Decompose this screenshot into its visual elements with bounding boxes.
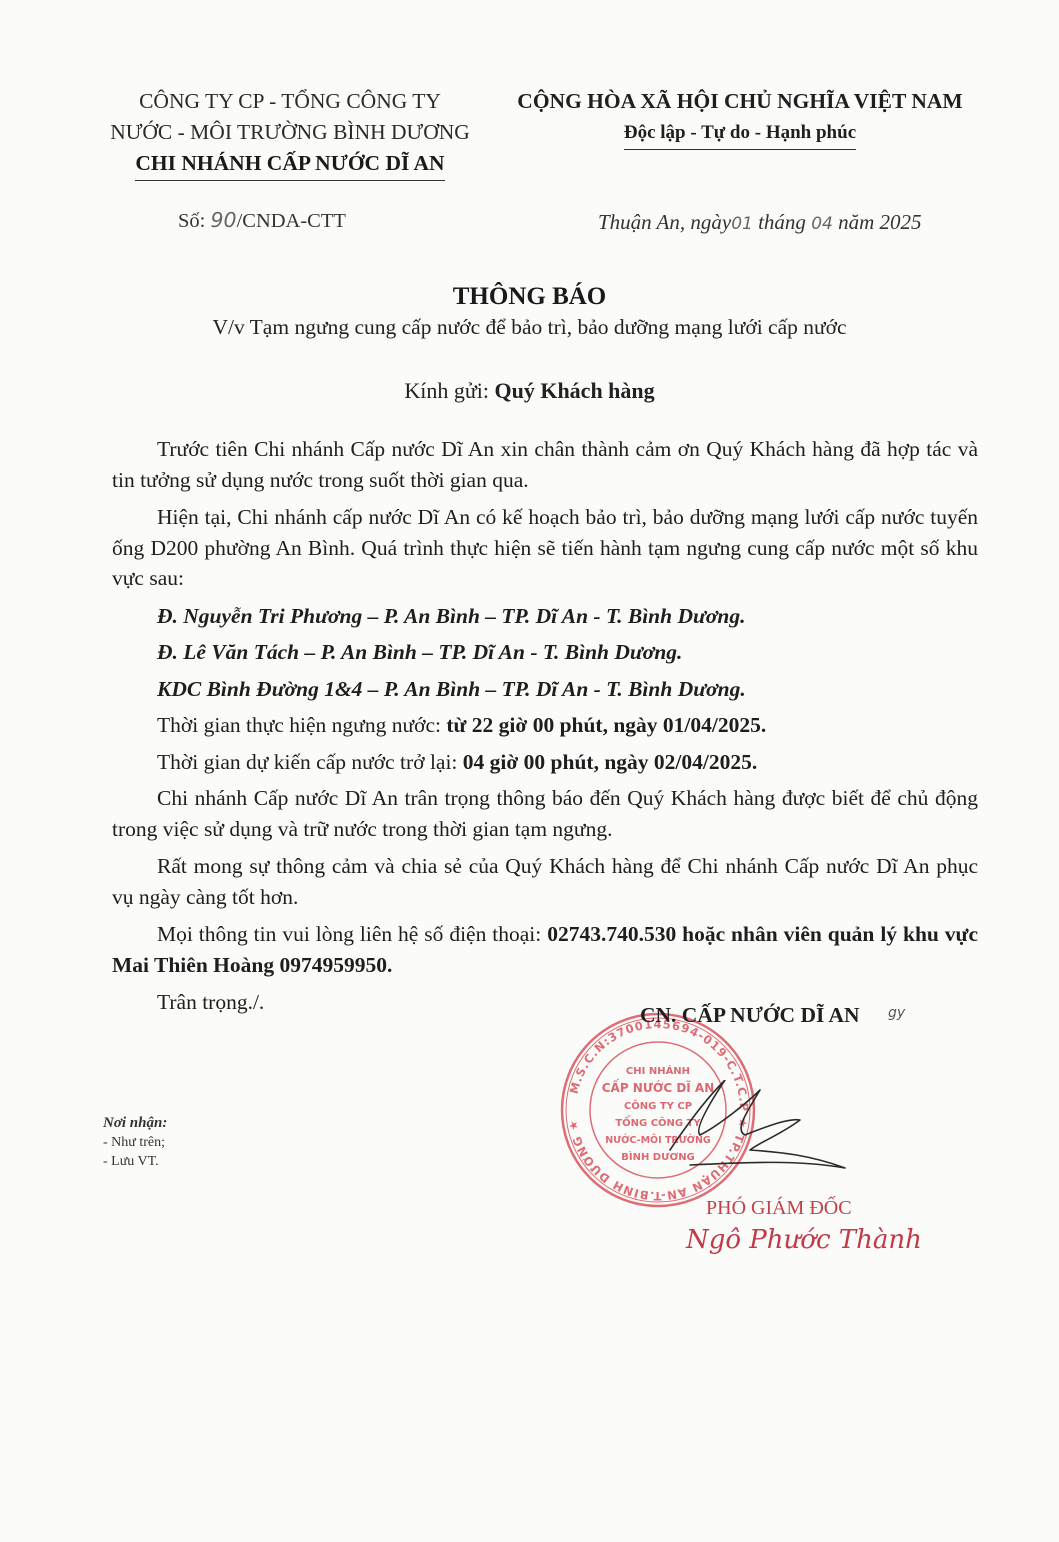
signing-organization: CN. CẤP NƯỚC DĨ AN <box>640 1003 860 1028</box>
paragraph-thanks: Trước tiên Chi nhánh Cấp nước Dĩ An xin … <box>112 434 978 495</box>
affected-area: Đ. Lê Văn Tách – P. An Bình – TP. Dĩ An … <box>112 637 978 668</box>
paragraph-contact: Mọi thông tin vui lòng liên hệ số điện t… <box>112 919 978 980</box>
recipient-item: - Như trên; <box>103 1133 167 1152</box>
stop-time-line: Thời gian thực hiện ngưng nước: từ 22 gi… <box>112 710 978 741</box>
handwritten-day: 01 <box>731 214 753 234</box>
affected-area: KDC Bình Đường 1&4 – P. An Bình – TP. Dĩ… <box>112 674 978 705</box>
national-motto-header: CỘNG HÒA XÃ HỘI CHỦ NGHĨA VIỆT NAM Độc l… <box>490 86 990 150</box>
paragraph-notice: Chi nhánh Cấp nước Dĩ An trân trọng thôn… <box>112 783 978 844</box>
place-date: Thuận An, ngày01 tháng 04 năm 2025 <box>598 210 922 235</box>
national-motto: Độc lập - Tự do - Hạnh phúc <box>624 117 856 150</box>
stop-time: từ 22 giờ 00 phút, ngày 01/04/2025. <box>446 713 766 737</box>
issuer-parent-line1: CÔNG TY CP - TỔNG CÔNG TY <box>70 86 510 117</box>
greeting-recipient: Quý Khách hàng <box>494 378 654 403</box>
initials-mark: gy <box>888 1005 905 1021</box>
recipients-block: Nơi nhận: - Như trên; - Lưu VT. <box>103 1114 167 1171</box>
signer-name: Ngô Phước Thành <box>686 1225 922 1255</box>
svg-text:CHI NHÁNH: CHI NHÁNH <box>626 1064 690 1077</box>
issuer-parent-line2: NƯỚC - MÔI TRƯỜNG BÌNH DƯƠNG <box>70 117 510 148</box>
signer-role: PHÓ GIÁM ĐỐC <box>706 1197 852 1220</box>
handwritten-month: 04 <box>811 214 833 234</box>
document-subject: V/v Tạm ngưng cung cấp nước để bảo trì, … <box>0 315 1059 340</box>
resume-time-line: Thời gian dự kiến cấp nước trở lại: 04 g… <box>112 747 978 778</box>
recipients-label: Nơi nhận: <box>103 1114 167 1133</box>
paragraph-plan: Hiện tại, Chi nhánh cấp nước Dĩ An có kế… <box>112 502 978 594</box>
document-number: Số: 90/CNDA-CTT <box>178 208 346 233</box>
resume-time: 04 giờ 00 phút, ngày 02/04/2025. <box>463 750 757 774</box>
handwritten-number: 90 <box>210 208 236 232</box>
paragraph-apology: Rất mong sự thông cảm và chia sẻ của Quý… <box>112 851 978 912</box>
affected-area: Đ. Nguyễn Tri Phương – P. An Bình – TP. … <box>112 601 978 632</box>
recipient-item: - Lưu VT. <box>103 1152 167 1171</box>
issuer-branch-name: CHI NHÁNH CẤP NƯỚC DĨ AN <box>135 148 444 181</box>
greeting: Kính gửi: Quý Khách hàng <box>0 378 1059 404</box>
signature-icon <box>650 1080 860 1190</box>
issuer-header: CÔNG TY CP - TỔNG CÔNG TY NƯỚC - MÔI TRƯ… <box>70 86 510 181</box>
document-title: THÔNG BÁO <box>0 283 1059 311</box>
document-body: Trước tiên Chi nhánh Cấp nước Dĩ An xin … <box>112 434 978 1025</box>
country-name: CỘNG HÒA XÃ HỘI CHỦ NGHĨA VIỆT NAM <box>490 86 990 117</box>
